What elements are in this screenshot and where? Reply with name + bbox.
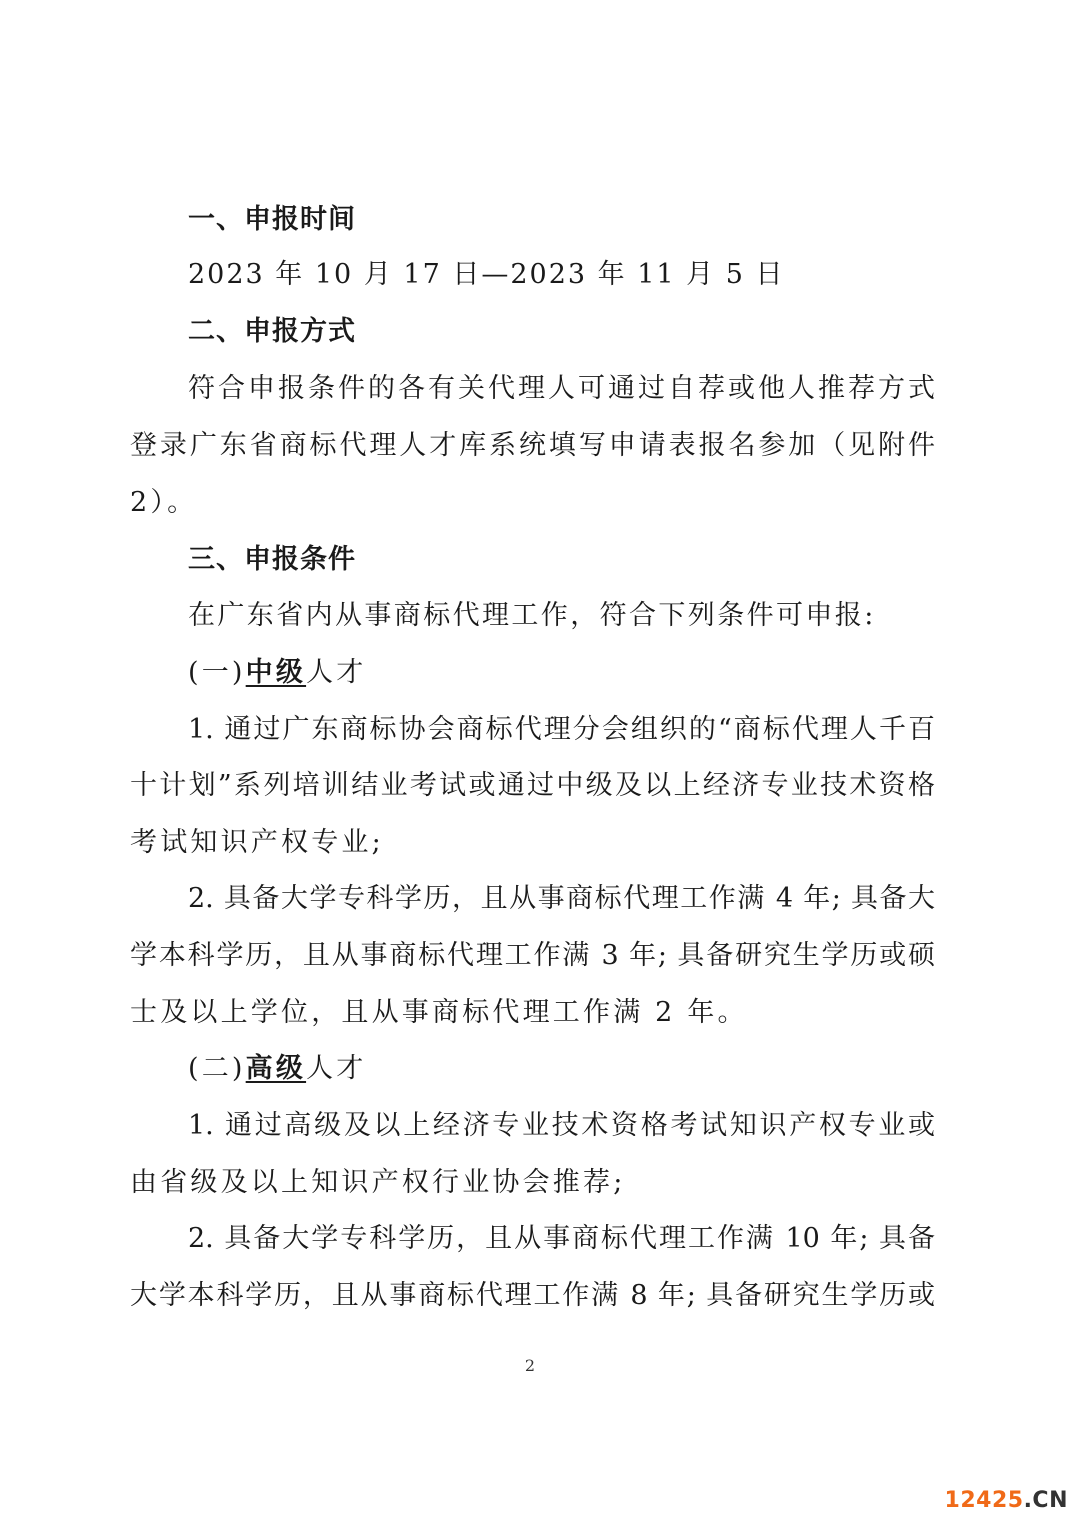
paragraph-line: 大学本科学历，且从事商标代理工作满 8 年; 具备研究生学历或 <box>130 1268 935 1324</box>
site-watermark: 12425.CN <box>945 1488 1068 1513</box>
paragraph-line: 1. 通过广东商标协会商标代理分会组织的“商标代理人千百 <box>188 702 935 758</box>
watermark-number: 12425 <box>945 1488 1024 1513</box>
conditions-intro: 在广东省内从事商标代理工作，符合下列条件可申报: <box>188 588 935 644</box>
paragraph-line: 学本科学历，且从事商标代理工作满 3 年; 具备研究生学历或硕 <box>130 928 935 984</box>
paragraph-line: 登录广东省商标代理人才库系统填写申请表报名参加（见附件 <box>130 418 935 474</box>
paragraph-line: 1. 通过高级及以上经济专业技术资格考试知识产权专业或 <box>188 1098 935 1154</box>
paragraph-line: 符合申报条件的各有关代理人可通过自荐或他人推荐方式 <box>188 361 935 417</box>
document-page: 一、申报时间 2023 年 10 月 17 日—2023 年 11 月 5 日 … <box>0 0 1080 1527</box>
section-heading-application-method: 二、申报方式 <box>188 304 935 360</box>
page-number: 2 <box>0 1356 1060 1375</box>
subheading-prefix: (二) <box>188 1053 246 1084</box>
paragraph-line: 2）。 <box>130 475 935 531</box>
paragraph-line: 由省级及以上知识产权行业协会推荐; <box>130 1155 935 1211</box>
subheading-suffix: 人才 <box>306 1053 366 1084</box>
paragraph-line: 十计划”系列培训结业考试或通过中级及以上经济专业技术资格 <box>130 758 935 814</box>
application-date-range: 2023 年 10 月 17 日—2023 年 11 月 5 日 <box>188 247 935 303</box>
subheading-intermediate-talent: (一)中级人才 <box>188 645 935 701</box>
subheading-senior-talent: (二)高级人才 <box>188 1041 935 1097</box>
watermark-suffix: .CN <box>1024 1488 1068 1513</box>
paragraph-line: 2. 具备大学专科学历，且从事商标代理工作满 10 年; 具备 <box>188 1211 935 1267</box>
subheading-underlined-level: 中级 <box>246 657 306 688</box>
subheading-suffix: 人才 <box>306 657 366 688</box>
subheading-prefix: (一) <box>188 657 246 688</box>
paragraph-line: 2. 具备大学专科学历，且从事商标代理工作满 4 年; 具备大 <box>188 871 935 927</box>
section-heading-application-conditions: 三、申报条件 <box>188 532 935 588</box>
paragraph-line: 考试知识产权专业; <box>130 815 935 871</box>
subheading-underlined-level: 高级 <box>246 1053 306 1084</box>
paragraph-line: 士及以上学位，且从事商标代理工作满 2 年。 <box>130 985 935 1041</box>
section-heading-application-time: 一、申报时间 <box>188 192 935 248</box>
